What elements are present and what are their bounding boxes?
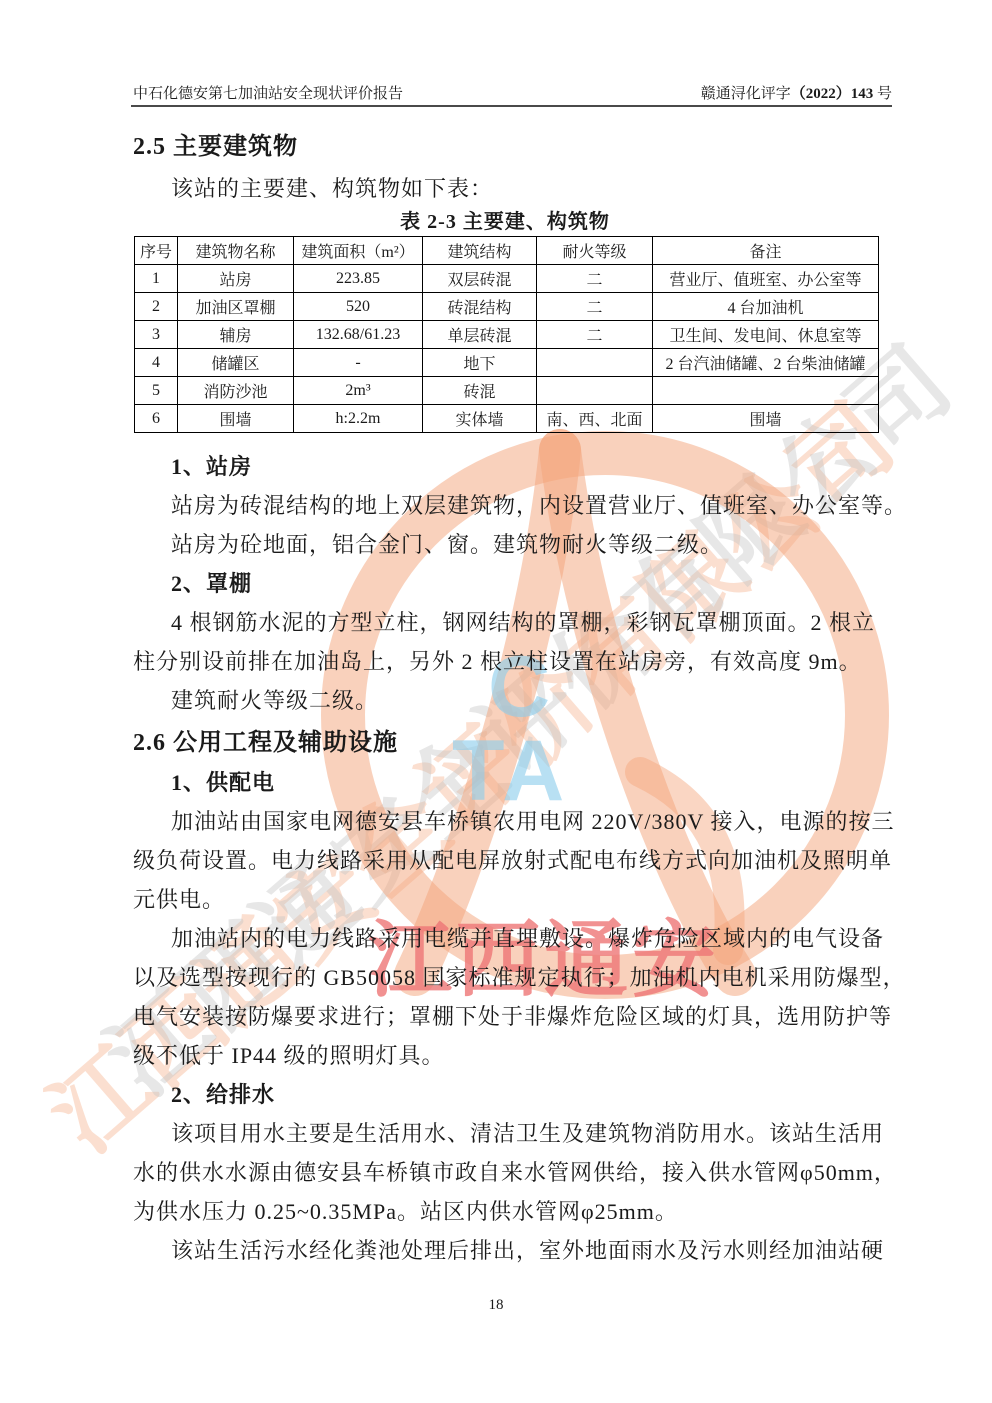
body-line: 加油站内的电力线路采用电缆并直埋敷设。爆炸危险区域内的电气设备 [171,922,884,953]
body-line: 柱分别设前排在加油岛上，另外 2 根立柱设置在站房旁，有效高度 9m。 [133,645,862,676]
cell: 二 [537,321,653,349]
cell: 站房 [178,265,294,293]
cell: 2 [135,293,178,321]
table-header-row: 序号 建筑物名称 建筑面积（m²） 建筑结构 耐火等级 备注 [135,237,879,265]
cell: 二 [537,293,653,321]
table-row: 2 加油区罩棚 520 砖混结构 二 4 台加油机 [135,293,879,321]
cell: 储罐区 [178,349,294,377]
col-header: 建筑面积（m²） [294,237,423,265]
cell: 单层砖混 [423,321,537,349]
cell: 辅房 [178,321,294,349]
body-line: 加油站由国家电网德安县车桥镇农用电网 220V/380V 接入，电源的按三 [171,805,895,836]
body-line: 为供水压力 0.25~0.35MPa。站区内供水管网φ25mm。 [133,1195,678,1226]
intro-line: 该站的主要建、构筑物如下表： [171,172,493,203]
table-row: 3 辅房 132.68/61.23 单层砖混 二 卫生间、发电间、休息室等 [135,321,879,349]
subheading-jipaishui: 2、给排水 [171,1078,275,1109]
body-line: 级不低于 IP44 级的照明灯具。 [133,1039,445,1070]
body-line: 该站生活污水经化粪池处理后排出，室外地面雨水及污水则经加油站硬 [171,1234,884,1265]
report-page: 江西通安全评价有限公司 江西通安全评价有限公司 C TA 江西通安 中石化德安第… [0,0,992,1403]
cell: 砖混结构 [423,293,537,321]
cell: 5 [135,377,178,405]
body-line: 站房为砼地面，铝合金门、窗。建筑物耐火等级二级。 [171,528,723,559]
body-line: 元供电。 [133,883,225,914]
cell [653,377,879,405]
table-2-3-title: 表 2-3 主要建、构筑物 [133,205,877,234]
cell: 2 台汽油储罐、2 台柴油储罐 [653,349,879,377]
cell: 223.85 [294,265,423,293]
body-line: 级负荷设置。电力线路采用从配电屏放射式配电布线方式向加油机及照明单 [133,844,892,875]
cell: 南、西、北面 [537,405,653,433]
cell: 消防沙池 [178,377,294,405]
doc-number-prefix: 赣通浔化评字 [701,86,791,102]
cell: 132.68/61.23 [294,321,423,349]
cell: 3 [135,321,178,349]
table-row: 1 站房 223.85 双层砖混 二 营业厅、值班室、办公室等 [135,265,879,293]
cell: 1 [135,265,178,293]
section-2-6-heading: 2.6 公用工程及辅助设施 [133,722,398,757]
table-row: 6 围墙 h:2.2m 实体墙 南、西、北面 围墙 [135,405,879,433]
red-stamp-watermark: 江西通安 [368,893,720,1014]
col-header: 序号 [135,237,178,265]
cell [537,377,653,405]
cell [537,349,653,377]
subheading-zhanfang: 1、站房 [171,450,252,481]
body-line: 建筑耐火等级二级。 [171,684,378,715]
subheading-zhaopeng: 2、罩棚 [171,567,252,598]
body-line: 站房为砖混结构的地上双层建筑物，内设置营业厅、值班室、办公室等。 [171,489,907,520]
cell: 实体墙 [423,405,537,433]
body-line: 以及选型按现行的 GB50058 国家标准规定执行；加油机内电机采用防爆型， [133,961,906,992]
cell: 6 [135,405,178,433]
table-row: 5 消防沙池 2m³ 砖混 [135,377,879,405]
table-row: 4 储罐区 - 地下 2 台汽油储罐、2 台柴油储罐 [135,349,879,377]
body-line: 该项目用水主要是生活用水、清洁卫生及建筑物消防用水。该站生活用 [171,1117,884,1148]
cell: 地下 [423,349,537,377]
cell: 520 [294,293,423,321]
section-2-5-heading: 2.5 主要建筑物 [133,126,298,161]
body-line: 水的供水水源由德安县车桥镇市政自来水管网供给，接入供水管网φ50mm， [133,1156,897,1187]
cell: 二 [537,265,653,293]
cell: 4 台加油机 [653,293,879,321]
col-header: 建筑物名称 [178,237,294,265]
body-line: 4 根钢筋水泥的方型立柱，钢网结构的罩棚，彩钢瓦罩棚顶面。2 根立 [171,606,875,637]
page-number: 18 [0,1297,992,1314]
cell: 双层砖混 [423,265,537,293]
cell: h:2.2m [294,405,423,433]
cell: 营业厅、值班室、办公室等 [653,265,879,293]
header-doc-number: 赣通浔化评字（2022）143 号 [701,82,892,103]
cell: 加油区罩棚 [178,293,294,321]
buildings-table: 序号 建筑物名称 建筑面积（m²） 建筑结构 耐火等级 备注 1 站房 223.… [134,236,879,433]
col-header: 建筑结构 [423,237,537,265]
doc-number-suffix: 号 [873,86,892,102]
cell: 卫生间、发电间、休息室等 [653,321,879,349]
subheading-gongpeidian: 1、供配电 [171,766,275,797]
header-report-title: 中石化德安第七加油站安全现状评价报告 [133,82,403,103]
cell: 围墙 [178,405,294,433]
cell: 4 [135,349,178,377]
col-header: 耐火等级 [537,237,653,265]
cell: - [294,349,423,377]
header-divider [131,105,892,107]
col-header: 备注 [653,237,879,265]
body-line: 电气安装按防爆要求进行；罩棚下处于非爆炸危险区域的灯具，选用防护等 [133,1000,892,1031]
cell: 围墙 [653,405,879,433]
cell: 砖混 [423,377,537,405]
cell: 2m³ [294,377,423,405]
doc-number-bold: （2022）143 [791,86,874,102]
